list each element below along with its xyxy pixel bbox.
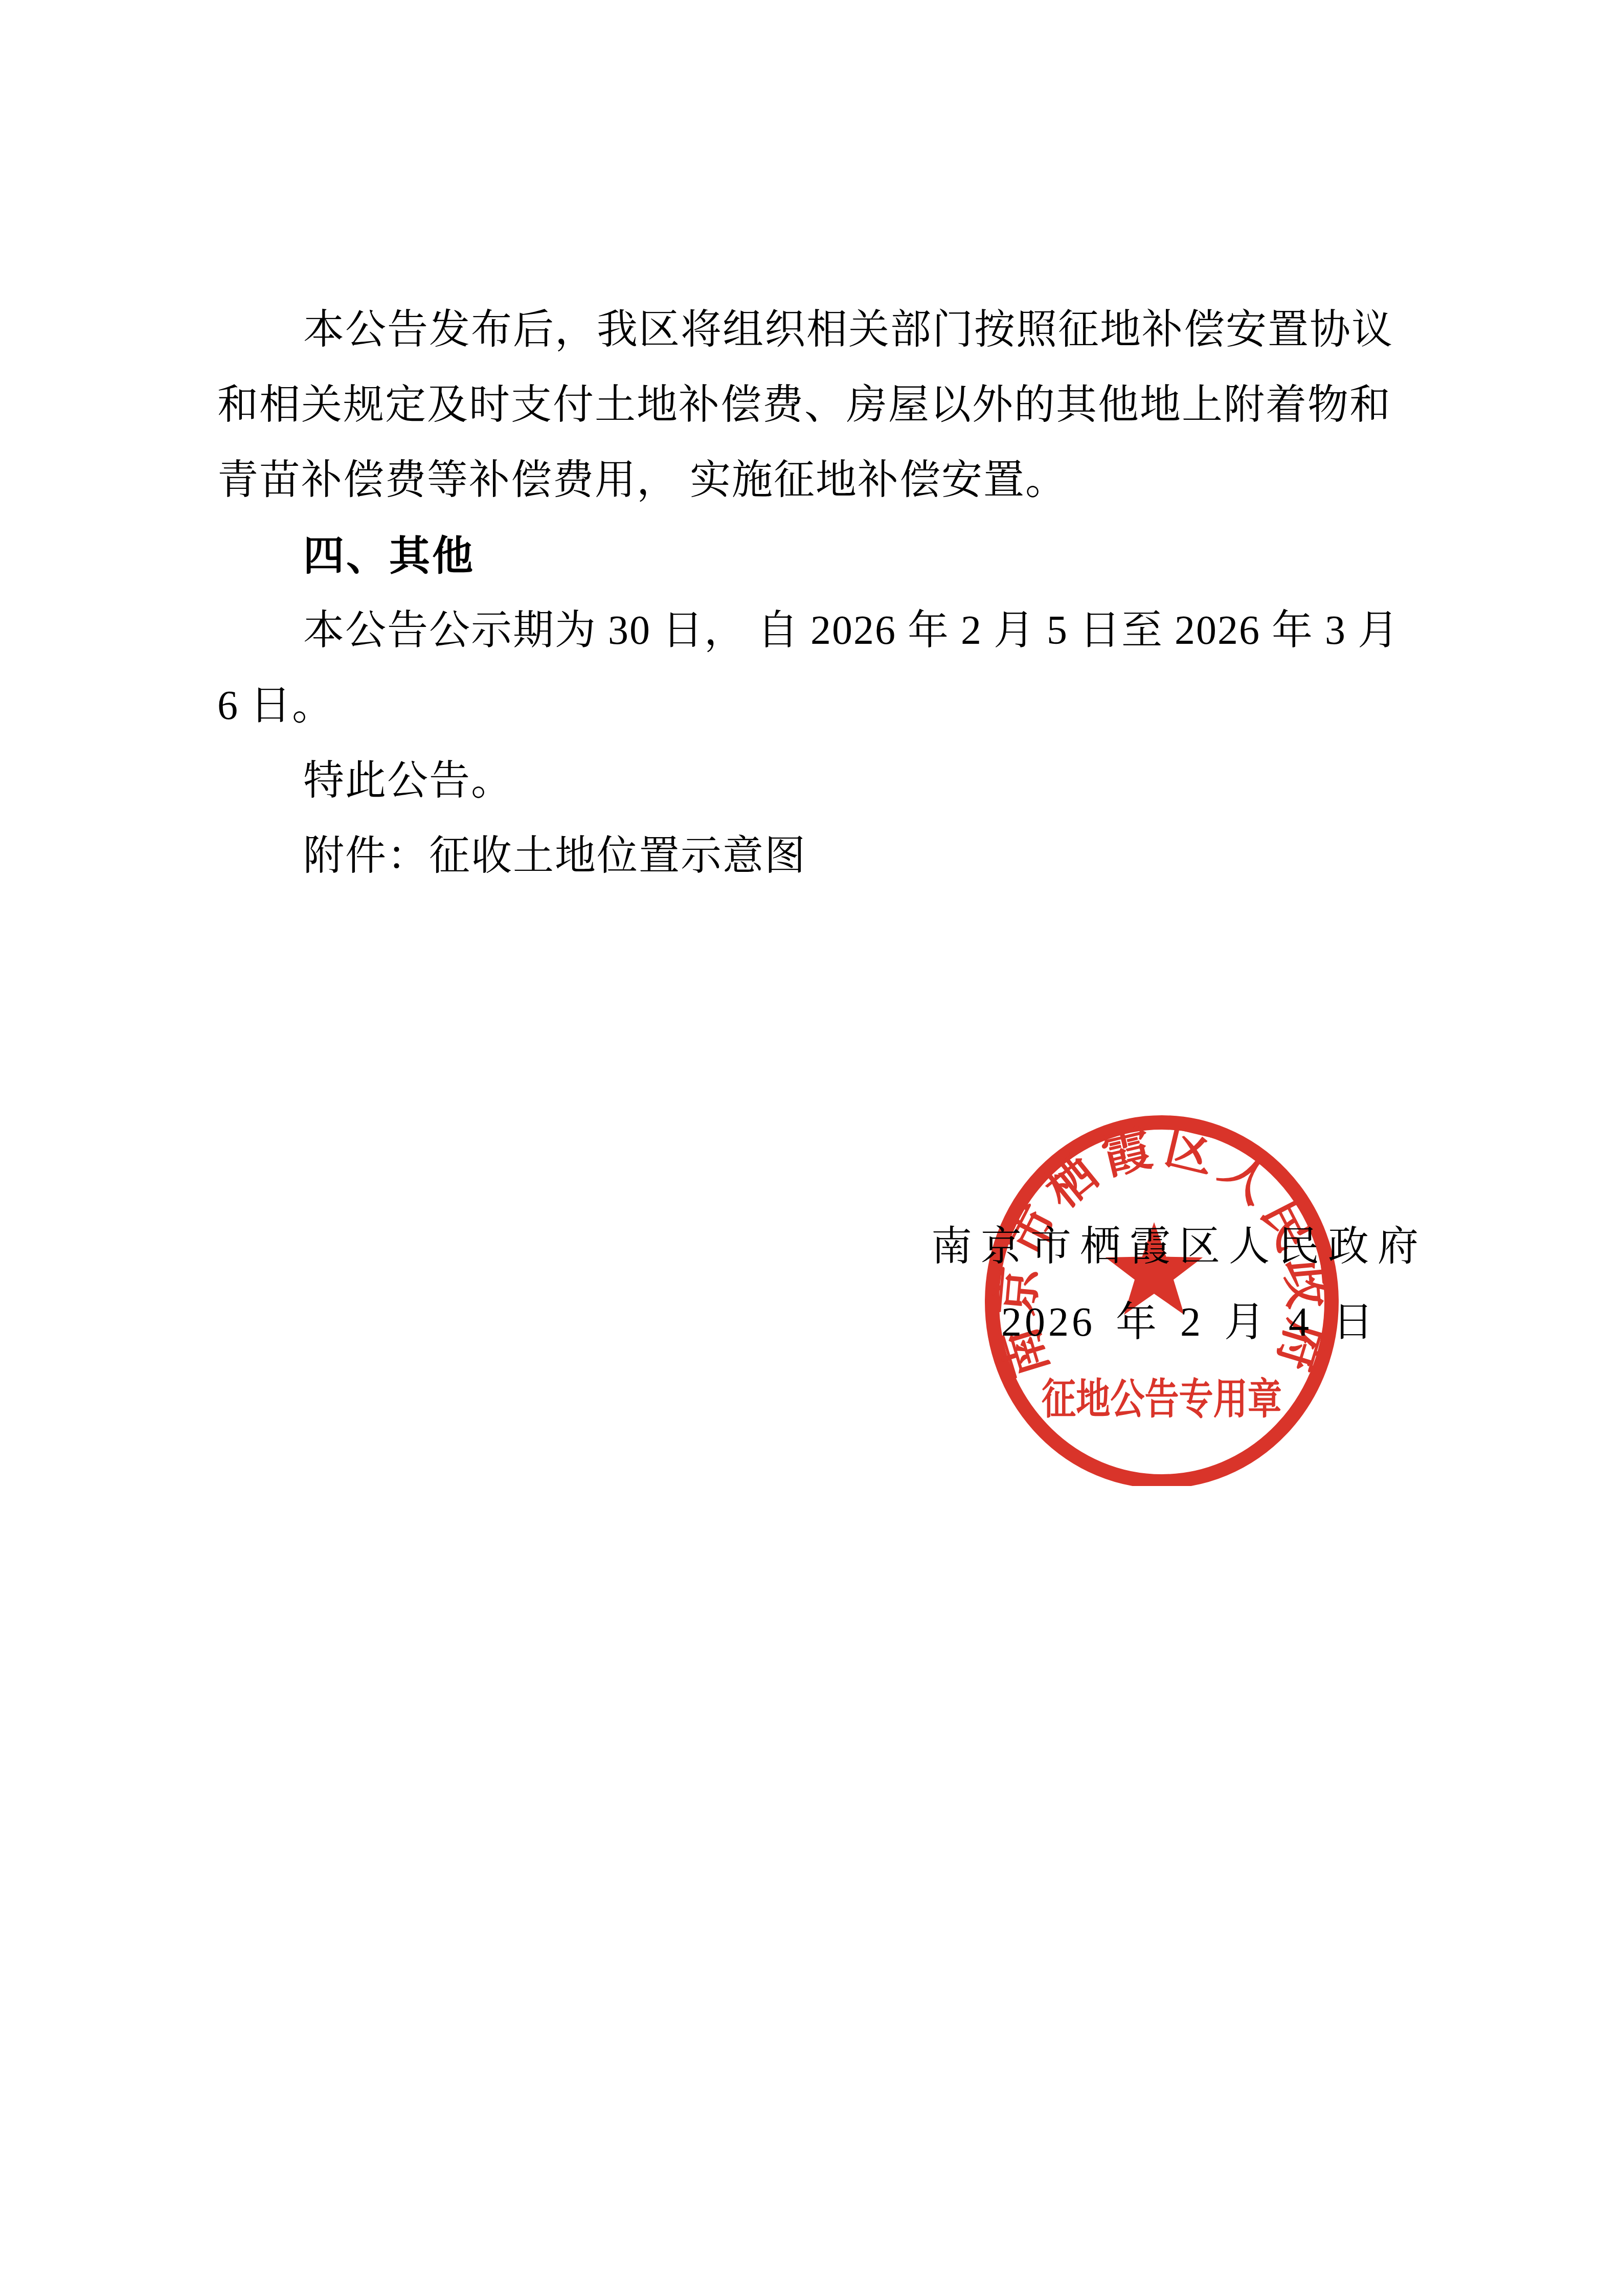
attachment-line: 附件：征收土地位置示意图 bbox=[217, 819, 1406, 894]
closing-line: 特此公告。 bbox=[217, 744, 1406, 819]
section-heading: 四、其他 bbox=[217, 518, 1406, 593]
official-seal: 南京市栖霞区人民政府 征地公告专用章 bbox=[983, 1108, 1341, 1486]
notice-page: 本公告发布后，我区将组织相关部门按照征地补偿安置协议 和相关规定及时支付土地补偿… bbox=[0, 0, 1623, 2296]
body-line: 和相关规定及时支付土地补偿费、房屋以外的其他地上附着物和 bbox=[217, 368, 1406, 443]
official-seal-graphic: 南京市栖霞区人民政府 征地公告专用章 bbox=[983, 1108, 1341, 1486]
notice-body: 本公告发布后，我区将组织相关部门按照征地补偿安置协议 和相关规定及时支付土地补偿… bbox=[217, 0, 1406, 894]
signature-date: 2026 年 2 月 4 日 bbox=[1001, 1299, 1377, 1346]
body-line: 6 日。 bbox=[217, 668, 1406, 744]
seal-bottom-label: 征地公告专用章 bbox=[1042, 1376, 1282, 1423]
signature-authority: 南京市栖霞区人民政府 bbox=[931, 1223, 1427, 1270]
body-line: 青苗补偿费等补偿费用， 实施征地补偿安置。 bbox=[217, 443, 1406, 518]
body-line: 本公告发布后，我区将组织相关部门按照征地补偿安置协议 bbox=[217, 292, 1406, 368]
body-line: 本公告公示期为 30 日， 自 2026 年 2 月 5 日至 2026 年 3… bbox=[217, 593, 1406, 668]
